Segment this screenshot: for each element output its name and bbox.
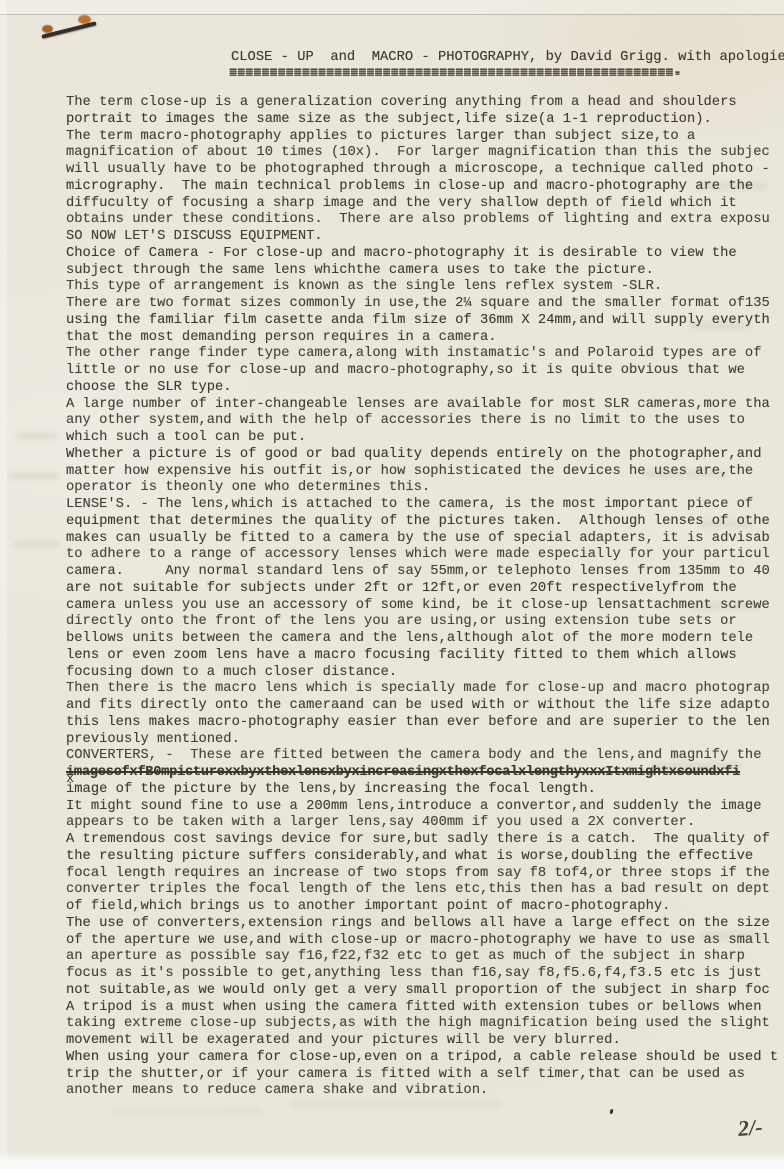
text-line: obtains under these conditions. There ar… <box>66 212 784 229</box>
text-line: operator is theonly one who determines t… <box>66 480 784 497</box>
crease-line <box>0 14 784 15</box>
text-line: equipment that determines the quality of… <box>66 514 784 531</box>
text-line: micrography. The main technical problems… <box>66 179 784 196</box>
text-line: image of the picture by the lens,by incr… <box>66 782 784 799</box>
text-line: There are two format sizes commonly in u… <box>66 296 784 313</box>
text-line: and fits directly onto the cameraand can… <box>66 698 784 715</box>
text-line: movement will be exagerated and your pic… <box>66 1033 784 1050</box>
text-line: are not suitable for subjects under 2ft … <box>66 581 784 598</box>
text-line: focal length requires an increase of two… <box>66 866 784 883</box>
document-lines: The term close-up is a generalization co… <box>66 95 784 1100</box>
text-line: A tremendous cost savings device for sur… <box>66 832 784 849</box>
text-line: converter triples the focal length of th… <box>66 882 784 899</box>
text-line: SO NOW LET'S DISCUSS EQUIPMENT. <box>66 229 784 246</box>
text-line: the resulting picture suffers considerab… <box>66 849 784 866</box>
text-line: CONVERTERS, - These are fitted between t… <box>66 748 784 765</box>
text-line: A large number of inter-changeable lense… <box>66 397 784 414</box>
bleed-through-artifact <box>14 540 60 548</box>
title-underline: ========================================… <box>229 67 681 81</box>
document-title: CLOSE - UP and MACRO - PHOTOGRAPHY, by D… <box>231 50 784 66</box>
bleed-through-artifact <box>8 472 60 480</box>
text-line: camera unless you use an accessory of so… <box>66 598 784 615</box>
text-line: using the familiar film casette anda fil… <box>66 313 784 330</box>
text-line: matter how expensive his outfit is,or ho… <box>66 464 784 481</box>
text-line: of field,which brings us to another impo… <box>66 899 784 916</box>
text-line: Choice of Camera - For close-up and macr… <box>66 246 784 263</box>
text-line: makes can usually be fitted to a camera … <box>66 531 784 548</box>
text-line: an aperture as possible say f16,f22,f32 … <box>66 949 784 966</box>
text-line: choose the SLR type. <box>66 380 784 397</box>
text-line: subject through the same lens whichthe c… <box>66 263 784 280</box>
text-line: appears to be taken with a larger lens,s… <box>66 815 784 832</box>
struck-text-line: imagesofxfB0mpicturexxbyxthexlensxbyxinc… <box>66 765 784 782</box>
text-line: taking extreme close-up subjects,as with… <box>66 1016 784 1033</box>
scan-left-edge <box>0 0 7 1169</box>
text-line: The other range finder type camera,along… <box>66 346 784 363</box>
text-line: diffuculty of focusing a sharp image and… <box>66 196 784 213</box>
text-line: It might sound fine to use a 200mm lens,… <box>66 799 784 816</box>
text-line: bellows units between the camera and the… <box>66 631 784 648</box>
text-line: Whether a picture is of good or bad qual… <box>66 447 784 464</box>
bleed-through-artifact <box>16 432 58 440</box>
text-line: camera. Any normal standard lens of say … <box>66 564 784 581</box>
text-line: directly onto the front of the lens you … <box>66 614 784 631</box>
text-line: which such a tool can be put. <box>66 430 784 447</box>
document-page: CLOSE - UP and MACRO - PHOTOGRAPHY, by D… <box>0 0 784 1169</box>
text-line: The term macro-photography applies to pi… <box>66 129 784 146</box>
text-line: A tripod is a must when using the camera… <box>66 1000 784 1017</box>
text-line: little or no use for close-up and macro-… <box>66 363 784 380</box>
text-line: LENSE'S. - The lens,which is attached to… <box>66 497 784 514</box>
text-line: The term close-up is a generalization co… <box>66 95 784 112</box>
staple-icon <box>38 16 102 46</box>
text-line: lens or even zoom lens have a macro focu… <box>66 648 784 665</box>
bleed-through-artifact <box>110 1108 260 1115</box>
overstrike-x: x <box>66 772 74 787</box>
text-line: The use of converters,extension rings an… <box>66 916 784 933</box>
text-line: portrait to images the same size as the … <box>66 112 784 129</box>
bleed-through-artifact <box>290 1100 500 1108</box>
text-line: trip the shutter,or if your camera is fi… <box>66 1067 784 1084</box>
scan-top-edge <box>0 0 784 14</box>
text-line: this lens makes macro-photography easier… <box>66 715 784 732</box>
text-line: not suitable,as we would only get a very… <box>66 983 784 1000</box>
text-line: focusing down to a much closer distance. <box>66 665 784 682</box>
text-line: When using your camera for close-up,even… <box>66 1050 784 1067</box>
text-line: magnification of about 10 times (10x). F… <box>66 145 784 162</box>
text-line: focus as it's possible to get,anything l… <box>66 966 784 983</box>
text-line: any other system,and with the help of ac… <box>66 413 784 430</box>
text-line: Then there is the macro lens which is sp… <box>66 681 784 698</box>
scan-bottom-edge <box>0 1151 784 1169</box>
ink-speck <box>609 1109 613 1115</box>
text-line: of the aperture we use,and with close-up… <box>66 933 784 950</box>
text-line: that the most demanding person requires … <box>66 330 784 347</box>
page-number: 2/- <box>737 1114 764 1142</box>
text-line: previously mentioned. <box>66 732 784 749</box>
text-line: to adhere to a range of accessory lenses… <box>66 547 784 564</box>
text-line: This type of arrangement is known as the… <box>66 279 784 296</box>
text-line: another means to reduce camera shake and… <box>66 1083 784 1100</box>
text-line: will usually have to be photographed thr… <box>66 162 784 179</box>
